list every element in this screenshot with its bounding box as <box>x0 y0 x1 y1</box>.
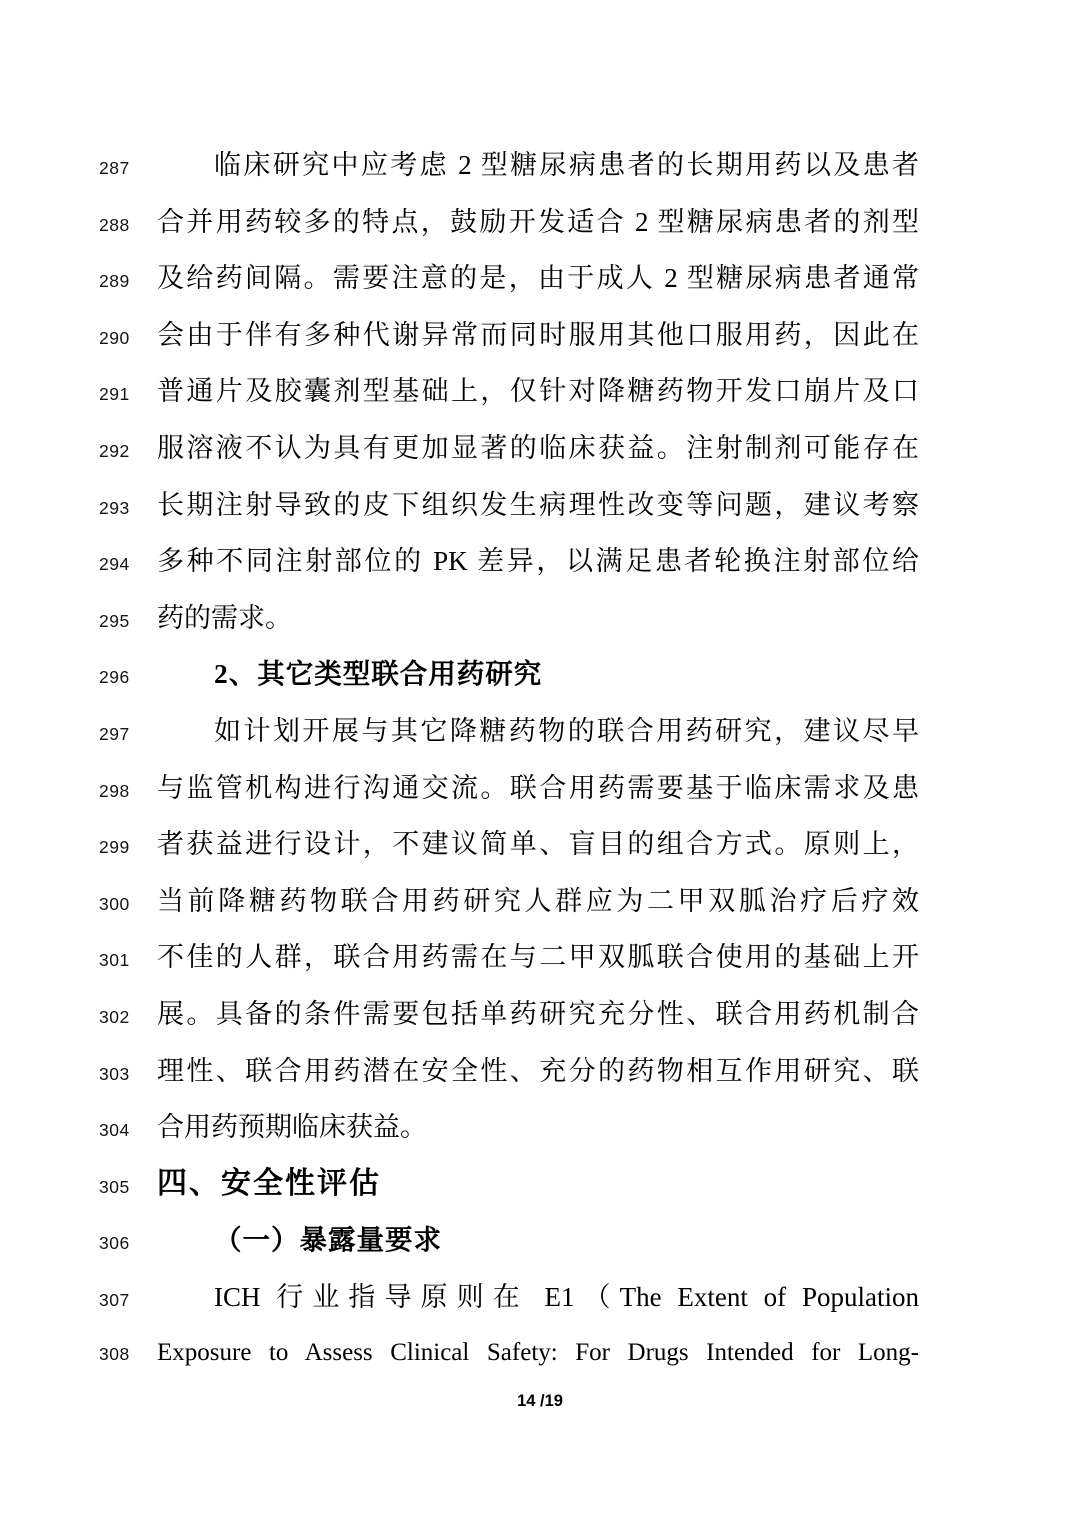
line-text: 临床研究中应考虑 2 型糖尿病患者的长期用药以及患者 <box>157 137 919 194</box>
line-text: 者获益进行设计，不建议简单、盲目的组合方式。原则上， <box>157 816 919 873</box>
line-text: 普通片及胶囊剂型基础上，仅针对降糖药物开发口崩片及口 <box>157 363 919 420</box>
line-text: 当前降糖药物联合用药研究人群应为二甲双胍治疗后疗效 <box>157 873 919 930</box>
line-number: 292 <box>0 423 157 480</box>
line-number: 294 <box>0 536 157 593</box>
doc-line: 289 及给药间隔。需要注意的是，由于成人 2 型糖尿病患者通常 <box>0 250 1080 307</box>
line-number: 289 <box>0 253 157 310</box>
doc-line: 292 服溶液不认为具有更加显著的临床获益。注射制剂可能存在 <box>0 420 1080 477</box>
subheading-text: （一）暴露量要求 <box>157 1212 919 1269</box>
line-text: Exposure to Assess Clinical Safety: For … <box>157 1325 919 1382</box>
line-number: 293 <box>0 480 157 537</box>
line-number: 296 <box>0 649 157 706</box>
line-text: 理性、联合用药潜在安全性、充分的药物相互作用研究、联 <box>157 1043 919 1100</box>
line-number: 307 <box>0 1272 157 1329</box>
doc-subheading: 306 （一）暴露量要求 <box>0 1212 1080 1269</box>
doc-line: 294 多种不同注射部位的 PK 差异，以满足患者轮换注射部位给 <box>0 533 1080 590</box>
line-text: 展。具备的条件需要包括单药研究充分性、联合用药机制合 <box>157 986 919 1043</box>
line-number: 288 <box>0 197 157 254</box>
line-number: 301 <box>0 932 157 989</box>
doc-line: 302 展。具备的条件需要包括单药研究充分性、联合用药机制合 <box>0 986 1080 1043</box>
doc-line: 287 临床研究中应考虑 2 型糖尿病患者的长期用药以及患者 <box>0 137 1080 194</box>
doc-line: 304 合用药预期临床获益。 <box>0 1099 1080 1156</box>
line-text: 合用药预期临床获益。 <box>157 1099 919 1156</box>
line-number: 287 <box>0 140 157 197</box>
doc-line: 295 药的需求。 <box>0 590 1080 647</box>
doc-line: 307 ICH 行业指导原则在 E1（The Extent of Populat… <box>0 1269 1080 1326</box>
line-number: 303 <box>0 1046 157 1103</box>
doc-line: 300 当前降糖药物联合用药研究人群应为二甲双胍治疗后疗效 <box>0 873 1080 930</box>
doc-line: 293 长期注射导致的皮下组织发生病理性改变等问题，建议考察 <box>0 477 1080 534</box>
doc-line: 290 会由于伴有多种代谢异常而同时服用其他口服用药，因此在 <box>0 307 1080 364</box>
subheading-text: 2、其它类型联合用药研究 <box>157 646 919 703</box>
line-text: 多种不同注射部位的 PK 差异，以满足患者轮换注射部位给 <box>157 533 919 590</box>
line-number: 308 <box>0 1326 157 1383</box>
doc-line: 299 者获益进行设计，不建议简单、盲目的组合方式。原则上， <box>0 816 1080 873</box>
doc-line: 308 Exposure to Assess Clinical Safety: … <box>0 1325 1080 1382</box>
line-text: 长期注射导致的皮下组织发生病理性改变等问题，建议考察 <box>157 477 919 534</box>
line-number: 297 <box>0 706 157 763</box>
line-text: 药的需求。 <box>157 590 919 647</box>
document-page: 287 临床研究中应考虑 2 型糖尿病患者的长期用药以及患者 288 合并用药较… <box>0 137 1080 1382</box>
section-heading-text: 四、安全性评估 <box>157 1156 919 1213</box>
line-number: 304 <box>0 1102 157 1159</box>
line-number: 290 <box>0 310 157 367</box>
line-text: 服溶液不认为具有更加显著的临床获益。注射制剂可能存在 <box>157 420 919 477</box>
line-number: 298 <box>0 763 157 820</box>
line-text: 及给药间隔。需要注意的是，由于成人 2 型糖尿病患者通常 <box>157 250 919 307</box>
doc-subheading: 296 2、其它类型联合用药研究 <box>0 646 1080 703</box>
doc-line: 301 不佳的人群，联合用药需在与二甲双胍联合使用的基础上开 <box>0 929 1080 986</box>
line-number: 291 <box>0 366 157 423</box>
line-number: 295 <box>0 593 157 650</box>
page-number: 14 /19 <box>0 1392 1080 1411</box>
line-number: 300 <box>0 876 157 933</box>
doc-section-heading: 305 四、安全性评估 <box>0 1156 1080 1213</box>
doc-line: 288 合并用药较多的特点，鼓励开发适合 2 型糖尿病患者的剂型 <box>0 194 1080 251</box>
doc-line: 297 如计划开展与其它降糖药物的联合用药研究，建议尽早 <box>0 703 1080 760</box>
line-number: 306 <box>0 1215 157 1272</box>
line-number: 299 <box>0 819 157 876</box>
line-text: 如计划开展与其它降糖药物的联合用药研究，建议尽早 <box>157 703 919 760</box>
line-text: 会由于伴有多种代谢异常而同时服用其他口服用药，因此在 <box>157 307 919 364</box>
line-text: 不佳的人群，联合用药需在与二甲双胍联合使用的基础上开 <box>157 929 919 986</box>
line-number: 302 <box>0 989 157 1046</box>
doc-line: 298 与监管机构进行沟通交流。联合用药需要基于临床需求及患 <box>0 760 1080 817</box>
doc-line: 303 理性、联合用药潜在安全性、充分的药物相互作用研究、联 <box>0 1043 1080 1100</box>
line-text: ICH 行业指导原则在 E1（The Extent of Population <box>157 1269 919 1326</box>
line-text: 与监管机构进行沟通交流。联合用药需要基于临床需求及患 <box>157 760 919 817</box>
line-text: 合并用药较多的特点，鼓励开发适合 2 型糖尿病患者的剂型 <box>157 194 919 251</box>
line-number: 305 <box>0 1159 157 1216</box>
doc-line: 291 普通片及胶囊剂型基础上，仅针对降糖药物开发口崩片及口 <box>0 363 1080 420</box>
